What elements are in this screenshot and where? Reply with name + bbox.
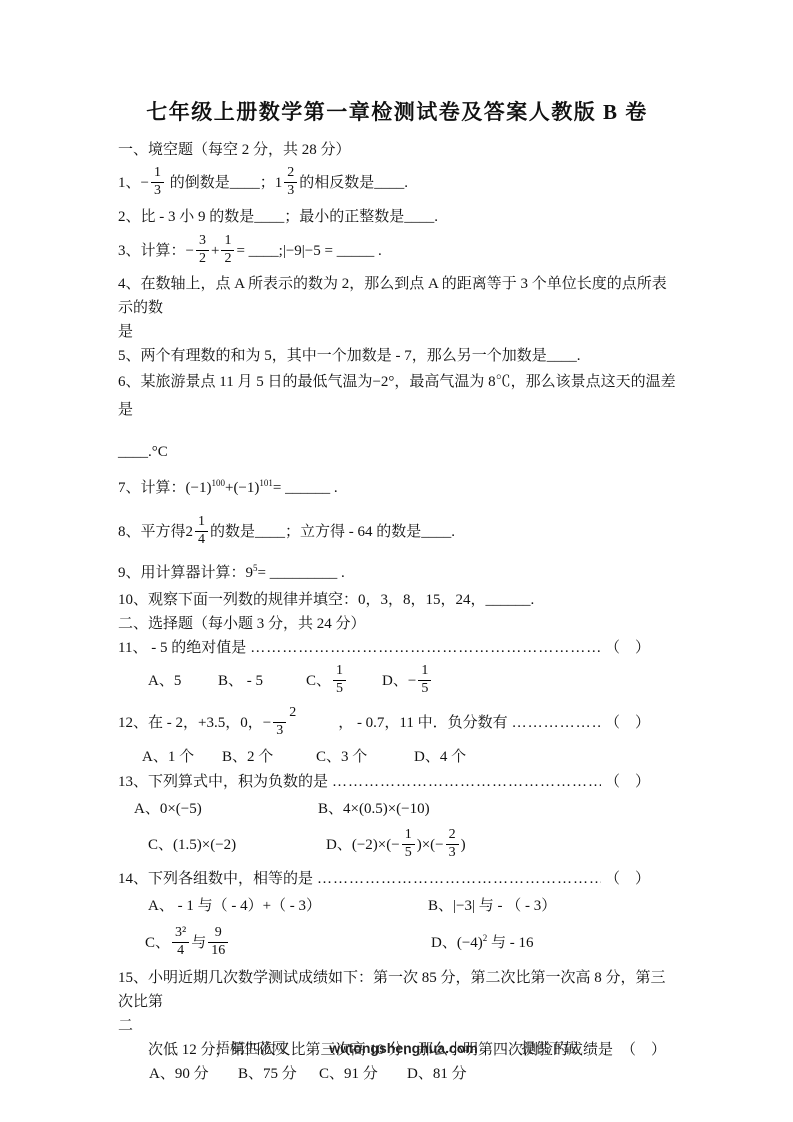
- q11-option-d: D、−15: [382, 660, 433, 702]
- q14-option-d: D、(−4)2 与 - 16: [431, 920, 534, 966]
- question-6-line1: 6、某旅游景点 11 月 5 日的最低气温为−2°，最高气温为 8℃，那么该景点…: [118, 368, 676, 424]
- section-choice-heading: 二、选择题（每小题 3 分，共 24 分）: [118, 612, 676, 636]
- footer-site-name: 梧桐生花网: [216, 1042, 286, 1057]
- q11-option-a: A、5: [148, 660, 218, 702]
- question-4-line1: 4、在数轴上，点 A 所表示的数为 2，那么到点 A 的距离等于 3 个单位长度…: [118, 272, 676, 320]
- question-1: 1、−13 的倒数是____；123的相反数是____.: [118, 162, 676, 204]
- question-14-stem: 14、下列各组数中，相等的是………………………………………………………………………: [118, 866, 676, 892]
- q13-option-d: D、(−2)×(−15)×(−23): [326, 824, 466, 866]
- question-14-options-cd: C、3²4与916 D、(−4)2 与 - 16: [118, 920, 676, 966]
- q12-option-b: B、2 个: [222, 744, 316, 770]
- q14-option-a: A、 - 1 与（ - 4）+（ - 3）: [148, 892, 428, 920]
- footer-domain: wutongshenghua.com: [329, 1040, 478, 1056]
- question-7: 7、计算：(−1)100+(−1)101= ______ .: [118, 474, 676, 502]
- question-11-stem: 11、 - 5 的绝对值是…………………………………………………………………………: [118, 636, 676, 660]
- q12-option-d: D、4 个: [414, 744, 466, 770]
- question-6-line2: ____.°C: [118, 440, 676, 464]
- question-9: 9、用计算器计算：95= _________ .: [118, 558, 676, 588]
- question-12-stem: 12、在 - 2，+3.5，0，−23， - 0.7，11 中．负分数有……………: [118, 702, 676, 744]
- q14-option-b: B、|−3| 与 - （ - 3）: [428, 892, 556, 920]
- question-15-options: A、90 分 B、75 分 C、91 分 D、81 分: [118, 1062, 676, 1083]
- footer-download-text: 提供下载: [521, 1042, 577, 1057]
- question-11-options: A、5 B、 - 5 C、15 D、−15: [118, 660, 676, 702]
- question-15-line1: 15、小明近期几次数学测试成绩如下：第一次 85 分，第二次比第一次高 8 分，…: [118, 966, 676, 1014]
- question-12-options: A、1 个 B、2 个 C、3 个 D、4 个: [118, 744, 676, 770]
- q14-option-c: C、3²4与916: [145, 920, 431, 966]
- question-8: 8、平方得214的数是____；立方得 - 64 的数是____.: [118, 510, 676, 554]
- document-page: 七年级上册数学第一章检测试卷及答案人教版 B 卷 一、境空题（每空 2 分，共 …: [0, 0, 793, 1122]
- section-fill-heading: 一、境空题（每空 2 分，共 28 分）: [118, 138, 676, 162]
- question-10: 10、观察下面一列数的规律并填空：0，3，8，15，24，______.: [118, 588, 676, 612]
- question-13-stem: 13、下列算式中，积为负数的是……………………………………………………………………: [118, 770, 676, 794]
- question-15-line2: 二: [118, 1014, 676, 1038]
- question-2: 2、比 - 3 小 9 的数是____；最小的正整数是____.: [118, 204, 676, 230]
- question-14-options-ab: A、 - 1 与（ - 4）+（ - 3） B、|−3| 与 - （ - 3）: [118, 892, 676, 920]
- question-5: 5、两个有理数的和为 5，其中一个加数是 - 7，那么另一个加数是____.: [118, 344, 676, 368]
- question-13-options-ab: A、0×(−5) B、4×(0.5)×(−10): [118, 794, 676, 824]
- question-4-line2: 是: [118, 320, 676, 344]
- q15-option-b: B、75 分: [238, 1062, 319, 1083]
- q15-option-a: A、90 分: [149, 1062, 238, 1083]
- q13-option-a: A、0×(−5): [134, 794, 318, 824]
- q15-option-c: C、91 分: [319, 1062, 407, 1083]
- q11-option-c: C、15: [306, 660, 382, 702]
- q12-option-c: C、3 个: [316, 744, 414, 770]
- question-13-options-cd: C、(1.5)×(−2) D、(−2)×(−15)×(−23): [118, 824, 676, 866]
- q15-option-d: D、81 分: [407, 1062, 467, 1083]
- question-3: 3、计算：−32+12= ____;|−9|−5 = _____ .: [118, 230, 676, 272]
- q13-option-c: C、(1.5)×(−2): [148, 824, 326, 866]
- page-title: 七年级上册数学第一章检测试卷及答案人教版 B 卷: [118, 98, 676, 126]
- page-content: 七年级上册数学第一章检测试卷及答案人教版 B 卷 一、境空题（每空 2 分，共 …: [118, 98, 676, 1083]
- q12-option-a: A、1 个: [142, 744, 222, 770]
- page-footer: 梧桐生花网 wutongshenghua.com 提供下载: [0, 1038, 793, 1058]
- q13-option-b: B、4×(0.5)×(−10): [318, 794, 430, 824]
- q11-option-b: B、 - 5: [218, 660, 306, 702]
